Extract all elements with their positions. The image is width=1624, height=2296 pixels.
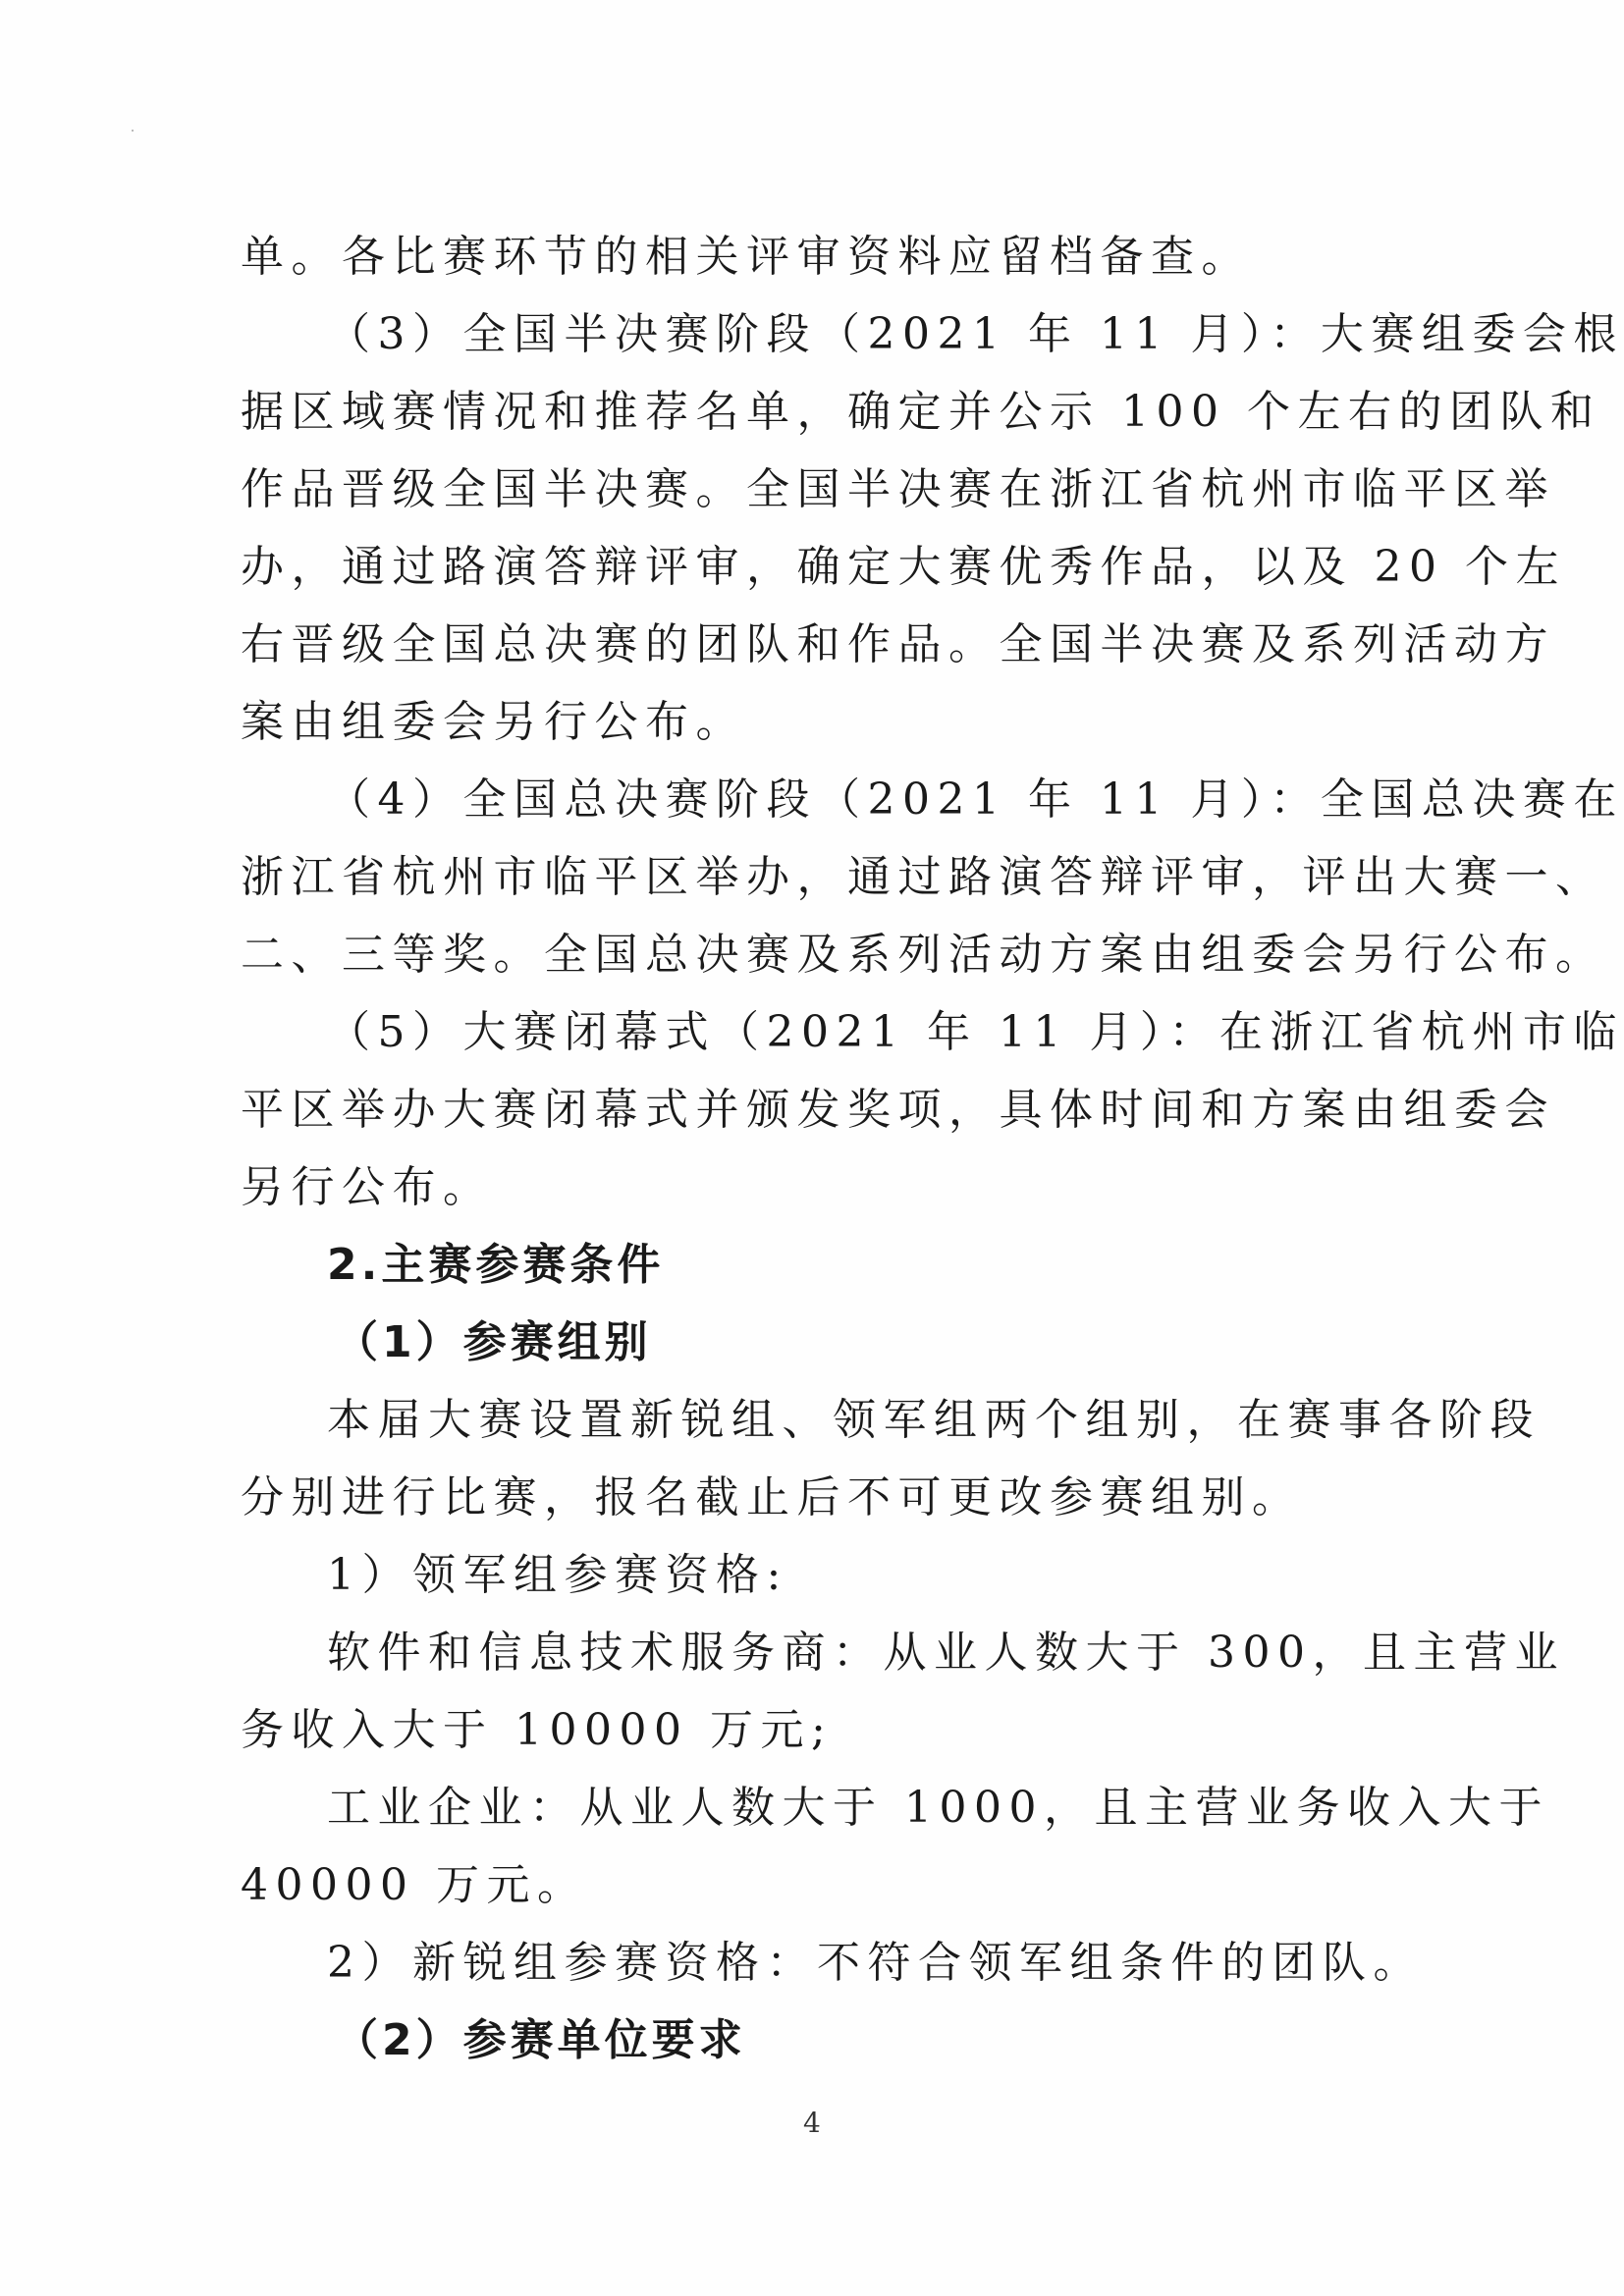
- paragraph-line: 单。各比赛环节的相关评审资料应留档备查。: [241, 218, 1391, 295]
- paragraph-line: 40000 万元。: [241, 1846, 1391, 1924]
- paragraph-line: （5）大赛闭幕式（2021 年 11 月）：在浙江省杭州市临: [241, 993, 1391, 1071]
- paragraph-line: 案由组委会另行公布。: [241, 683, 1391, 761]
- section-heading: 2.主赛参赛条件: [241, 1226, 1391, 1304]
- paragraph-line: 据区域赛情况和推荐名单，确定并公示 100 个左右的团队和: [241, 373, 1391, 451]
- paragraph-line: 平区举办大赛闭幕式并颁发奖项，具体时间和方案由组委会: [241, 1071, 1391, 1148]
- list-item-title: 1）领军组参赛资格:: [241, 1536, 1391, 1614]
- paragraph-line: 本届大赛设置新锐组、领军组两个组别，在赛事各阶段: [241, 1381, 1391, 1459]
- paragraph-line-text: 右晋级全国总决赛的团队和作品。全国半决赛及系列活动方: [241, 619, 1555, 669]
- document-page: 单。各比赛环节的相关评审资料应留档备查。 （3）全国半决赛阶段（2021 年 1…: [0, 0, 1624, 2296]
- list-item-title: 2）新锐组参赛资格：不符合领军组条件的团队。: [241, 1924, 1391, 2002]
- paragraph-line: 二、三等奖。全国总决赛及系列活动方案由组委会另行公布。: [241, 916, 1391, 993]
- paragraph-line: 软件和信息技术服务商：从业人数大于 300，且主营业: [241, 1614, 1391, 1691]
- paragraph-line: 右晋级全国总决赛的团队和作品。全国半决赛及系列活动方: [241, 606, 1391, 683]
- paragraph-line: 分别进行比赛，报名截止后不可更改参赛组别。: [241, 1459, 1391, 1536]
- subsection-heading: （2）参赛单位要求: [241, 2002, 1391, 2079]
- paragraph-line: 办，通过路演答辩评审，确定大赛优秀作品，以及 20 个左: [241, 528, 1391, 606]
- paragraph-line: （3）全国半决赛阶段（2021 年 11 月）：大赛组委会根: [241, 295, 1391, 373]
- scan-artifact: [132, 130, 134, 132]
- document-body: 单。各比赛环节的相关评审资料应留档备查。 （3）全国半决赛阶段（2021 年 1…: [241, 218, 1391, 2079]
- paragraph-line: 另行公布。: [241, 1148, 1391, 1226]
- paragraph-line: 工业企业：从业人数大于 1000，且主营业务收入大于: [241, 1769, 1391, 1846]
- paragraph-line: 浙江省杭州市临平区举办，通过路演答辩评审，评出大赛一、: [241, 838, 1391, 916]
- paragraph-line: （4）全国总决赛阶段（2021 年 11 月）：全国总决赛在: [241, 761, 1391, 838]
- page-number: 4: [803, 2107, 821, 2139]
- paragraph-line: 务收入大于 10000 万元;: [241, 1691, 1391, 1769]
- subsection-heading: （1）参赛组别: [241, 1304, 1391, 1381]
- paragraph-line: 作品晋级全国半决赛。全国半决赛在浙江省杭州市临平区举: [241, 451, 1391, 528]
